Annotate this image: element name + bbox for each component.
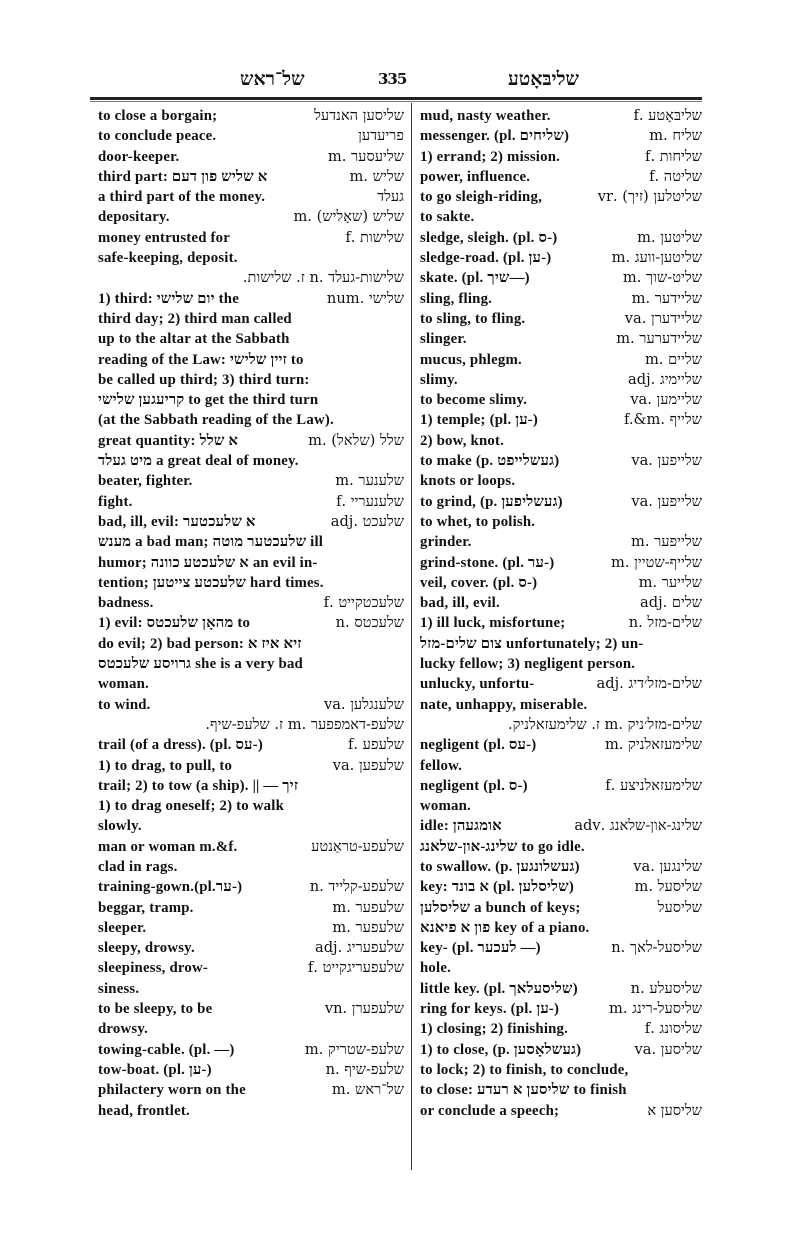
entry-headword-text: שליט-שוך .m	[623, 268, 702, 288]
entry-definition-text: nate, unhappy, miserable.	[420, 695, 587, 715]
entry-definition-text: bad, ill, evil.	[420, 593, 500, 613]
dictionary-entry-line: tention; שלעכטע צייטען hard times.	[98, 573, 404, 593]
entry-definition-text: to be sleepy, to be	[98, 999, 212, 1019]
dictionary-entry-line: tow-boat. (pl. ען-)שלעפ-שיף .n	[98, 1060, 404, 1080]
dictionary-entry-line: 1) third: יום שלישי theשלישי .num	[98, 289, 404, 309]
entry-definition-text: קריעגען שלישי to get the third turn	[98, 390, 318, 410]
dictionary-entry-line: מיט געלד a great deal of money.	[98, 451, 404, 471]
entry-definition-text: third day; 2) third man called	[98, 309, 292, 329]
entry-definition-text: sleepy, drowsy.	[98, 938, 195, 958]
entry-headword-text: שלייף-שטיין .m	[611, 553, 702, 573]
page-number: 335	[378, 70, 406, 88]
entry-definition-text: knots or loops.	[420, 471, 515, 491]
dictionary-entry-line: a third part of the money.געלד	[98, 187, 404, 207]
entry-headword-text: שליסען א	[647, 1101, 702, 1121]
dictionary-entry-line: grind-stone. (pl. ער-)שלייף-שטיין .m	[420, 553, 702, 573]
dictionary-entry-line: to lock; 2) to finish, to conclude,	[420, 1060, 702, 1080]
entry-definition-text: door-keeper.	[98, 147, 179, 167]
dictionary-entry-line: bad, ill, evil.שלים .adj	[420, 593, 702, 613]
dictionary-entry-line: power, influence.שליטה .f	[420, 167, 702, 187]
dictionary-entry-line: little key. (pl. שליסעלאך)שליסעלע .n	[420, 979, 702, 999]
dictionary-entry-line: third part: א שליש פון דעםשליש .m	[98, 167, 404, 187]
entry-definition-text: be called up third; 3) third turn:	[98, 370, 310, 390]
entry-definition-text: to whet, to polish.	[420, 512, 535, 532]
entry-headword-text: שליסונג .f	[645, 1019, 702, 1039]
entry-headword-text: שלייפער .m	[631, 532, 702, 552]
entry-headword-text: שלים-מזל .n	[629, 613, 702, 633]
dictionary-entry-line: to be sleepy, to beשלעפערן .vn	[98, 999, 404, 1019]
entry-definition-text: to swallow. (p. געשלונגען)	[420, 857, 580, 877]
dictionary-entry-line: מענש a bad man; שלעכטער מוטה ill	[98, 532, 404, 552]
entry-definition-text: tention; שלעכטע צייטען hard times.	[98, 573, 324, 593]
entry-headword-text: שליסעלע .n	[631, 979, 702, 999]
entry-headword-text: פריעדען	[358, 126, 404, 146]
dictionary-entry-line: sledge-road. (pl. ען-)שליטען-וועג .m	[420, 248, 702, 268]
entry-definition-text: training-gown.(pl.ער-)	[98, 877, 242, 897]
entry-definition-text: fight.	[98, 492, 133, 512]
dictionary-entry-line: to conclude peace.פריעדען	[98, 126, 404, 146]
entry-definition-text: (at the Sabbath reading of the Law).	[98, 410, 334, 430]
entry-definition-text: hole.	[420, 958, 451, 978]
entry-definition-text: money entrusted for	[98, 228, 230, 248]
entry-definition-text: little key. (pl. שליסעלאך)	[420, 979, 578, 999]
dictionary-entry-line: to swallow. (p. געשלונגען)שלינגען .va	[420, 857, 702, 877]
entry-headword-text: שלעפע-קלייד .n	[310, 877, 404, 897]
entry-definition-text: skate. (pl. שיך—)	[420, 268, 530, 288]
dictionary-entry-line: key- (pl. לעכער —)שליסעל-לאך .n	[420, 938, 702, 958]
dictionary-entry-line: sleepiness, drow-שלעפעריגקייט .f	[98, 958, 404, 978]
entry-headword-text: שלענעריי .f	[336, 492, 404, 512]
entry-headword-text: שלעפ-דאמפפער .m ז. שלעפ-שיף.	[205, 715, 404, 735]
entry-headword-text: שלייפען .va	[631, 492, 702, 512]
entry-definition-text: reading of the Law: זיין שלישי to	[98, 350, 304, 370]
dictionary-entry-line: to whet, to polish.	[420, 512, 702, 532]
entry-headword-text: שלעכטס .n	[336, 613, 404, 633]
entry-definition-text: צום שלים-מזל unfortunately; 2) un-	[420, 634, 643, 654]
entry-definition-text: 1) closing; 2) finishing.	[420, 1019, 568, 1039]
entry-definition-text: mud, nasty weather.	[420, 106, 551, 126]
dictionary-entry-line: שלישות-געלד .n ז. שלישות.	[98, 268, 404, 288]
entry-definition-text: grind-stone. (pl. ער-)	[420, 553, 554, 573]
dictionary-entry-line: 1) temple; (pl. ען-)שלייף .f.&m	[420, 410, 702, 430]
entry-definition-text: to sling, to fling.	[420, 309, 525, 329]
dictionary-entry-line: slimy.שליימיג .adj	[420, 370, 702, 390]
entry-definition-text: to lock; 2) to finish, to conclude,	[420, 1060, 628, 1080]
entry-headword-text: שליטה .f	[649, 167, 702, 187]
entry-definition-text: שליסלען a bunch of keys;	[420, 898, 580, 918]
entry-headword-text: שלעפערן .vn	[325, 999, 404, 1019]
entry-headword-text: שליידערן .va	[625, 309, 702, 329]
entry-definition-text: ring for keys. (pl. ען-)	[420, 999, 559, 1019]
entry-headword-text: שלעפען .va	[333, 756, 404, 776]
dictionary-entry-line: 2) bow, knot.	[420, 431, 702, 451]
dictionary-entry-line: badness.שלעכטקייט .f	[98, 593, 404, 613]
entry-definition-text: 1) errand; 2) mission.	[420, 147, 560, 167]
entry-headword-text: שליימען .va	[630, 390, 702, 410]
entry-definition-text: grinder.	[420, 532, 472, 552]
dictionary-entry-line: skate. (pl. שיך—)שליט-שוך .m	[420, 268, 702, 288]
dictionary-entry-line: to sakte.	[420, 207, 702, 227]
entry-definition-text: lucky fellow; 3) negligent person.	[420, 654, 635, 674]
dictionary-entry-line: woman.	[420, 796, 702, 816]
dictionary-entry-line: great quantity: א שללשלל (שלאל) .m	[98, 431, 404, 451]
entry-headword-text: שלים .adj	[640, 593, 702, 613]
dictionary-entry-line: to wind.שלענגלען .va	[98, 695, 404, 715]
dictionary-entry-line: bad, ill, evil: א שלעכטערשלעכט .adj	[98, 512, 404, 532]
entry-definition-text: to close: שליסען א רעדע to finish	[420, 1080, 627, 1100]
dictionary-entry-line: שלינג-און-שלאנג to go idle.	[420, 837, 702, 857]
dictionary-entry-line: woman.	[98, 674, 404, 694]
entry-definition-text: head, frontlet.	[98, 1101, 190, 1121]
entry-definition-text: a third part of the money.	[98, 187, 265, 207]
entry-definition-text: woman.	[420, 796, 471, 816]
dictionary-entry-line: פון א פיאנא key of a piano.	[420, 918, 702, 938]
entry-headword-text: שליימיג .adj	[628, 370, 702, 390]
entry-definition-text: to sakte.	[420, 207, 474, 227]
entry-definition-text: key: א בונד (pl. שליסלען)	[420, 877, 574, 897]
entry-headword-text: שליסעל-לאך .n	[611, 938, 702, 958]
entry-definition-text: towing-cable. (pl. —)	[98, 1040, 235, 1060]
entry-headword-text: שלעפ-שטריק .m	[305, 1040, 404, 1060]
entry-headword-text: שלישי .num	[327, 289, 404, 309]
entry-definition-text: unlucky, unfortu-	[420, 674, 534, 694]
entry-definition-text: slowly.	[98, 816, 142, 836]
dictionary-entry-line: (at the Sabbath reading of the Law).	[98, 410, 404, 430]
header-rule	[90, 97, 702, 100]
dictionary-entry-line: head, frontlet.	[98, 1101, 404, 1121]
entry-definition-text: 1) third: יום שלישי the	[98, 289, 239, 309]
page-header: של־ראש 335 שליבּאָטע	[90, 68, 702, 96]
entry-definition-text: sling, fling.	[420, 289, 492, 309]
entry-definition-text: drowsy.	[98, 1019, 148, 1039]
entry-definition-text: to make (p. געשלייפט)	[420, 451, 559, 471]
entry-definition-text: power, influence.	[420, 167, 530, 187]
dictionary-entry-line: third day; 2) third man called	[98, 309, 404, 329]
dictionary-entry-line: negligent (pl. ס-)שלימעזאלניצע .f	[420, 776, 702, 796]
entry-headword-text: שלייפען .va	[631, 451, 702, 471]
entry-definition-text: מיט געלד a great deal of money.	[98, 451, 299, 471]
dictionary-entry-line: שלעפ-דאמפפער .m ז. שלעפ-שיף.	[98, 715, 404, 735]
dictionary-entry-line: grinder.שלייפער .m	[420, 532, 702, 552]
dictionary-entry-line: 1) closing; 2) finishing.שליסונג .f	[420, 1019, 702, 1039]
entry-headword-text: שלישות .f	[345, 228, 404, 248]
dictionary-entry-line: up to the altar at the Sabbath	[98, 329, 404, 349]
entry-definition-text: clad in rags.	[98, 857, 177, 877]
entry-headword-text: שליעסער .m	[328, 147, 404, 167]
entry-headword-text: שלעפער .m	[332, 918, 404, 938]
entry-definition-text: veil, cover. (pl. ס-)	[420, 573, 537, 593]
dictionary-entry-line: man or woman m.&f.שלעפע-טראַנטע	[98, 837, 404, 857]
entry-definition-text: sleepiness, drow-	[98, 958, 208, 978]
entry-definition-text: to wind.	[98, 695, 151, 715]
dictionary-entry-line: clad in rags.	[98, 857, 404, 877]
dictionary-entry-line: 1) errand; 2) mission.שליחות .f	[420, 147, 702, 167]
entry-definition-text: woman.	[98, 674, 149, 694]
entry-headword-text: של־ראש .m	[332, 1080, 404, 1100]
entry-definition-text: גרויסע שלעכטס she is a very bad	[98, 654, 303, 674]
entry-definition-text: idle: אומגעהן	[420, 816, 502, 836]
dictionary-entry-line: messenger. (pl. שליחים)שליח .m	[420, 126, 702, 146]
dictionary-entry-line: drowsy.	[98, 1019, 404, 1039]
entry-headword-text: געלד	[377, 187, 404, 207]
dictionary-entry-line: trail; 2) to tow (a ship). || — זיך	[98, 776, 404, 796]
dictionary-entry-line: key: א בונד (pl. שליסלען)שליסעל .m	[420, 877, 702, 897]
dictionary-entry-line: to become slimy.שליימען .va	[420, 390, 702, 410]
dictionary-entry-line: slowly.	[98, 816, 404, 836]
dictionary-entry-line: שליסלען a bunch of keys;שליסעל	[420, 898, 702, 918]
dictionary-entry-line: depositary.שליש (שאָליש) .m	[98, 207, 404, 227]
entry-headword-text: שלינג-און-שלאנג .adv	[574, 816, 702, 836]
dictionary-entry-line: mud, nasty weather.שליבּאָטע .f	[420, 106, 702, 126]
entry-headword-text: שליידערער .m	[616, 329, 702, 349]
entry-headword-text: שליחות .f	[645, 147, 702, 167]
entry-definition-text: up to the altar at the Sabbath	[98, 329, 290, 349]
entry-headword-text: שלענער .m	[335, 471, 404, 491]
entry-definition-text: or conclude a speech;	[420, 1101, 559, 1121]
dictionary-entry-line: veil, cover. (pl. ס-)שלייער .m	[420, 573, 702, 593]
entry-headword-text: שלימעזאלניצע .f	[605, 776, 702, 796]
entry-headword-text: שלעפער .m	[332, 898, 404, 918]
dictionary-entry-line: 1) ill luck, misfortune;שלים-מזל .n	[420, 613, 702, 633]
entry-headword-text: שליש (שאָליש) .m	[293, 207, 404, 227]
dictionary-entry-line: unlucky, unfortu-שלים-מזל׳דיג .adj	[420, 674, 702, 694]
entry-headword-text: שלל (שלאל) .m	[308, 431, 404, 451]
dictionary-entry-line: 1) to drag, to pull, toשלעפען .va	[98, 756, 404, 776]
entry-definition-text: tow-boat. (pl. ען-)	[98, 1060, 212, 1080]
dictionary-entry-line: negligent (pl. עס-)שלימעזאלניק .m	[420, 735, 702, 755]
dictionary-entry-line: sledge, sleigh. (pl. ס-)שליטען .m	[420, 228, 702, 248]
dictionary-entry-line: 1) to close, (p. געשלאָסען)שליסען .va	[420, 1040, 702, 1060]
dictionary-entry-line: beggar, tramp.שלעפער .m	[98, 898, 404, 918]
dictionary-entry-line: trail (of a dress). (pl. עס-)שלעפע .f	[98, 735, 404, 755]
dictionary-entry-line: to go sleigh-riding,שליטלען (זיך) .vr	[420, 187, 702, 207]
entry-headword-text: שלים-מזל׳ניק .m ז. שלימעזאלניק.	[508, 715, 702, 735]
entry-headword-text: שליסעל	[658, 898, 702, 918]
entry-definition-text: depositary.	[98, 207, 170, 227]
entry-headword-text: שליים .m	[645, 350, 702, 370]
dictionary-entry-line: mucus, phlegm.שליים .m	[420, 350, 702, 370]
dictionary-entry-line: siness.	[98, 979, 404, 999]
dictionary-entry-line: towing-cable. (pl. —)שלעפ-שטריק .m	[98, 1040, 404, 1060]
dictionary-entry-line: safe-keeping, deposit.	[98, 248, 404, 268]
entry-headword-text: שליסעל .m	[635, 877, 703, 897]
entry-headword-text: שלייער .m	[639, 573, 702, 593]
entry-definition-text: slimy.	[420, 370, 458, 390]
entry-definition-text: to become slimy.	[420, 390, 527, 410]
dictionary-entry-line: to make (p. געשלייפט)שלייפען .va	[420, 451, 702, 471]
entry-definition-text: third part: א שליש פון דעם	[98, 167, 267, 187]
dictionary-entry-line: slinger.שליידערער .m	[420, 329, 702, 349]
entry-headword-text: שלעפע .f	[348, 735, 404, 755]
entry-definition-text: great quantity: א שלל	[98, 431, 238, 451]
entry-definition-text: sleeper.	[98, 918, 146, 938]
entry-definition-text: to close a borgain;	[98, 106, 217, 126]
right-column: mud, nasty weather.שליבּאָטע .fmessenger…	[420, 106, 702, 1121]
entry-headword-text: שלעפעריג .adj	[315, 938, 404, 958]
dictionary-entry-line: to close: שליסען א רעדע to finish	[420, 1080, 702, 1100]
entry-definition-text: to grind, (p. געשליפען)	[420, 492, 563, 512]
dictionary-entry-line: sleepy, drowsy.שלעפעריג .adj	[98, 938, 404, 958]
entry-headword-text: שלעפ-שיף .n	[326, 1060, 404, 1080]
dictionary-entry-line: nate, unhappy, miserable.	[420, 695, 702, 715]
dictionary-entry-line: fight.שלענעריי .f	[98, 492, 404, 512]
entry-definition-text: to conclude peace.	[98, 126, 216, 146]
entry-headword-text: שליסען האנדעל	[314, 106, 404, 126]
dictionary-entry-line: sling, fling.שליידער .m	[420, 289, 702, 309]
entry-headword-text: שליבּאָטע .f	[633, 106, 702, 126]
entry-headword-text: שלישות-געלד .n ז. שלישות.	[243, 268, 404, 288]
entry-definition-text: humor; א שלעכטע כוונה an evil in-	[98, 553, 318, 573]
entry-definition-text: sledge-road. (pl. ען-)	[420, 248, 551, 268]
dictionary-entry-line: to sling, to fling.שליידערן .va	[420, 309, 702, 329]
entry-headword-text: שלייף .f.&m	[624, 410, 702, 430]
entry-headword-text: שליטען-וועג .m	[612, 248, 702, 268]
entry-headword-text: שליח .m	[649, 126, 702, 146]
entry-headword-text: שליידער .m	[632, 289, 702, 309]
entry-headword-text: שליטען .m	[637, 228, 702, 248]
dictionary-entry-line: philactery worn on theשל־ראש .m	[98, 1080, 404, 1100]
dictionary-entry-line: humor; א שלעכטע כוונה an evil in-	[98, 553, 404, 573]
dictionary-entry-line: hole.	[420, 958, 702, 978]
entry-headword-text: שלעכטקייט .f	[324, 593, 404, 613]
entry-headword-text: שלענגלען .va	[324, 695, 404, 715]
entry-definition-text: פון א פיאנא key of a piano.	[420, 918, 589, 938]
dictionary-entry-line: קריעגען שלישי to get the third turn	[98, 390, 404, 410]
entry-definition-text: bad, ill, evil: א שלעכטער	[98, 512, 256, 532]
entry-definition-text: slinger.	[420, 329, 467, 349]
entry-headword-text: שלעפע-טראַנטע	[311, 837, 404, 857]
entry-definition-text: 2) bow, knot.	[420, 431, 504, 451]
dictionary-entry-line: שלים-מזל׳ניק .m ז. שלימעזאלניק.	[420, 715, 702, 735]
dictionary-entry-line: ring for keys. (pl. ען-)שליסעל-רינג .m	[420, 999, 702, 1019]
entry-definition-text: 1) temple; (pl. ען-)	[420, 410, 538, 430]
dictionary-entry-line: גרויסע שלעכטס she is a very bad	[98, 654, 404, 674]
entry-definition-text: siness.	[98, 979, 139, 999]
entry-definition-text: negligent (pl. עס-)	[420, 735, 536, 755]
entry-headword-text: שלימעזאלניק .m	[605, 735, 702, 755]
entry-headword-text: שליסען .va	[635, 1040, 703, 1060]
entry-definition-text: fellow.	[420, 756, 462, 776]
entry-definition-text: to go sleigh-riding,	[420, 187, 542, 207]
entry-definition-text: sledge, sleigh. (pl. ס-)	[420, 228, 557, 248]
dictionary-entry-line: money entrusted forשלישות .f	[98, 228, 404, 248]
entry-definition-text: trail; 2) to tow (a ship). || — זיך	[98, 776, 298, 796]
entry-definition-text: badness.	[98, 593, 153, 613]
entry-definition-text: beggar, tramp.	[98, 898, 194, 918]
header-rule-thin	[90, 101, 702, 102]
entry-definition-text: 1) to drag, to pull, to	[98, 756, 232, 776]
dictionary-entry-line: sleeper.שלעפער .m	[98, 918, 404, 938]
entry-headword-text: שליש .m	[350, 167, 404, 187]
entry-definition-text: safe-keeping, deposit.	[98, 248, 238, 268]
dictionary-entry-line: 1) evil: מהאָן שלעכטס toשלעכטס .n	[98, 613, 404, 633]
dictionary-entry-line: door-keeper.שליעסער .m	[98, 147, 404, 167]
dictionary-entry-line: idle: אומגעהןשלינג-און-שלאנג .adv	[420, 816, 702, 836]
dictionary-entry-line: to grind, (p. געשליפען)שלייפען .va	[420, 492, 702, 512]
column-divider	[411, 103, 412, 1170]
dictionary-entry-line: beater, fighter.שלענער .m	[98, 471, 404, 491]
left-column: to close a borgain;שליסען האנדעלto concl…	[98, 106, 404, 1121]
dictionary-entry-line: 1) to drag oneself; 2) to walk	[98, 796, 404, 816]
dictionary-entry-line: be called up third; 3) third turn:	[98, 370, 404, 390]
entry-definition-text: 1) ill luck, misfortune;	[420, 613, 565, 633]
entry-headword-text: שלים-מזל׳דיג .adj	[597, 674, 702, 694]
dictionary-entry-line: reading of the Law: זיין שלישי to	[98, 350, 404, 370]
entry-definition-text: negligent (pl. ס-)	[420, 776, 528, 796]
dictionary-entry-line: fellow.	[420, 756, 702, 776]
dictionary-entry-line: lucky fellow; 3) negligent person.	[420, 654, 702, 674]
dictionary-entry-line: training-gown.(pl.ער-)שלעפע-קלייד .n	[98, 877, 404, 897]
entry-definition-text: key- (pl. לעכער —)	[420, 938, 541, 958]
left-guideword: של־ראש	[240, 68, 305, 91]
entry-definition-text: do evil; 2) bad person: זיא איז א	[98, 634, 302, 654]
entry-definition-text: 1) to close, (p. געשלאָסען)	[420, 1040, 581, 1060]
entry-definition-text: beater, fighter.	[98, 471, 193, 491]
entry-definition-text: מענש a bad man; שלעכטער מוטה ill	[98, 532, 323, 552]
entry-headword-text: שלעפעריגקייט .f	[308, 958, 404, 978]
dictionary-entry-line: or conclude a speech;שליסען א	[420, 1101, 702, 1121]
entry-headword-text: שליטלען (זיך) .vr	[598, 187, 702, 207]
entry-definition-text: 1) to drag oneself; 2) to walk	[98, 796, 284, 816]
entry-headword-text: שליסעל-רינג .m	[609, 999, 702, 1019]
right-guideword: שליבּאָטע	[508, 68, 579, 91]
entry-definition-text: philactery worn on the	[98, 1080, 246, 1100]
entry-headword-text: שלינגען .va	[633, 857, 702, 877]
entry-definition-text: man or woman m.&f.	[98, 837, 237, 857]
dictionary-entry-line: to close a borgain;שליסען האנדעל	[98, 106, 404, 126]
entry-headword-text: שלעכט .adj	[331, 512, 404, 532]
entry-definition-text: 1) evil: מהאָן שלעכטס to	[98, 613, 250, 633]
dictionary-entry-line: צום שלים-מזל unfortunately; 2) un-	[420, 634, 702, 654]
entry-definition-text: messenger. (pl. שליחים)	[420, 126, 569, 146]
entry-definition-text: שלינג-און-שלאנג to go idle.	[420, 837, 585, 857]
entry-definition-text: trail (of a dress). (pl. עס-)	[98, 735, 263, 755]
entry-definition-text: mucus, phlegm.	[420, 350, 522, 370]
dictionary-entry-line: do evil; 2) bad person: זיא איז א	[98, 634, 404, 654]
dictionary-entry-line: knots or loops.	[420, 471, 702, 491]
